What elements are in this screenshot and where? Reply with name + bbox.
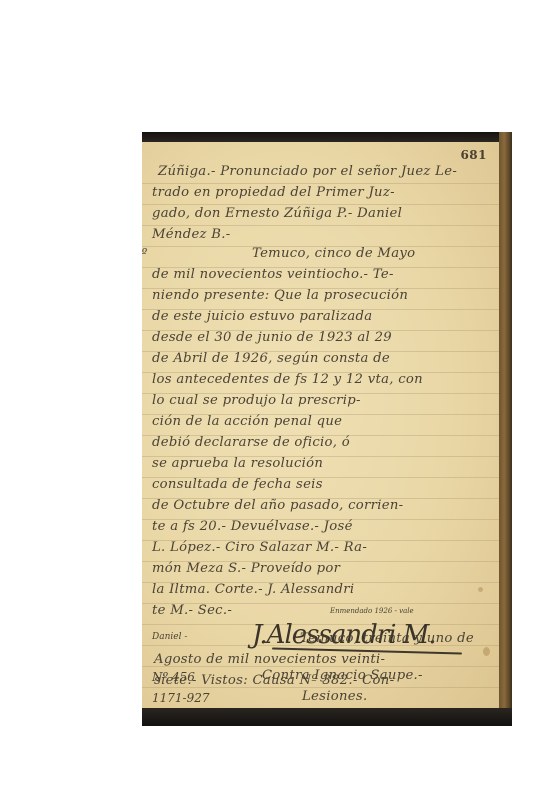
text-line: L. López.- Ciro Salazar M.- Ra-	[152, 540, 367, 555]
ruled-line	[142, 183, 499, 184]
text-line: la Iltma. Corte.- J. Alessandri	[152, 582, 354, 597]
text-line: de Abril de 1926, según consta de	[152, 351, 390, 366]
text-line: ción de la acción penal que	[152, 414, 342, 429]
text-line: gado, don Ernesto Zúñiga P.- Daniel	[152, 206, 402, 221]
paper-stain	[478, 587, 483, 592]
binding-spine	[499, 132, 512, 726]
text-line: Zúñiga.- Pronunciado por el señor Juez L…	[158, 164, 457, 179]
text-line: de este juicio estuvo paralizada	[152, 309, 372, 324]
page-number: 681	[460, 148, 487, 162]
ruled-line	[142, 225, 499, 226]
case-reference: 1171-927	[152, 691, 210, 705]
text-line: consultada de fecha seis	[152, 477, 323, 492]
text-line: siete.- Vistos: Causa Nº 382.- Con-	[154, 673, 394, 688]
text-line: Daniel -	[152, 632, 187, 642]
text-line: niendo presente: Que la prosecución	[152, 288, 408, 303]
text-line: de mil novecientos veintiocho.- Te-	[152, 267, 394, 282]
ruled-line	[142, 204, 499, 205]
text-line: te a fs 20.- Devuélvase.- José	[152, 519, 353, 534]
text-line: lo cual se produjo la prescrip-	[152, 393, 361, 408]
text-line: te M.- Sec.-	[152, 603, 232, 618]
ledger-page: 681 Zúñiga.- Pronunciado por el señor Ju…	[142, 142, 499, 708]
text-line: trado en propiedad del Primer Juz-	[152, 185, 395, 200]
entry-marker: 2º	[142, 246, 147, 260]
case-subject: Lesiones.	[302, 689, 367, 704]
text-line: Temuco, cinco de Mayo	[252, 246, 415, 261]
text-line: Temuco, treinta y uno de	[300, 631, 474, 646]
text-line: món Meza S.- Proveído por	[152, 561, 340, 576]
binding-top-edge	[142, 132, 512, 142]
binding-bottom-edge	[142, 708, 512, 726]
text-line: de Octubre del año pasado, corrien-	[152, 498, 403, 513]
annotation-enmendado: Enmendado 1926 - vale	[330, 607, 414, 615]
text-line: los antecedentes de fs 12 y 12 vta, con	[152, 372, 423, 387]
text-line: debió declararse de oficio, ó	[152, 435, 350, 450]
text-line: se aprueba la resolución	[152, 456, 323, 471]
paper-stain	[483, 647, 490, 656]
text-line: desde el 30 de junio de 1923 al 29	[152, 330, 392, 345]
text-line: Méndez B.-	[152, 227, 231, 242]
text-line: Agosto de mil novecientos veinti-	[154, 652, 385, 667]
